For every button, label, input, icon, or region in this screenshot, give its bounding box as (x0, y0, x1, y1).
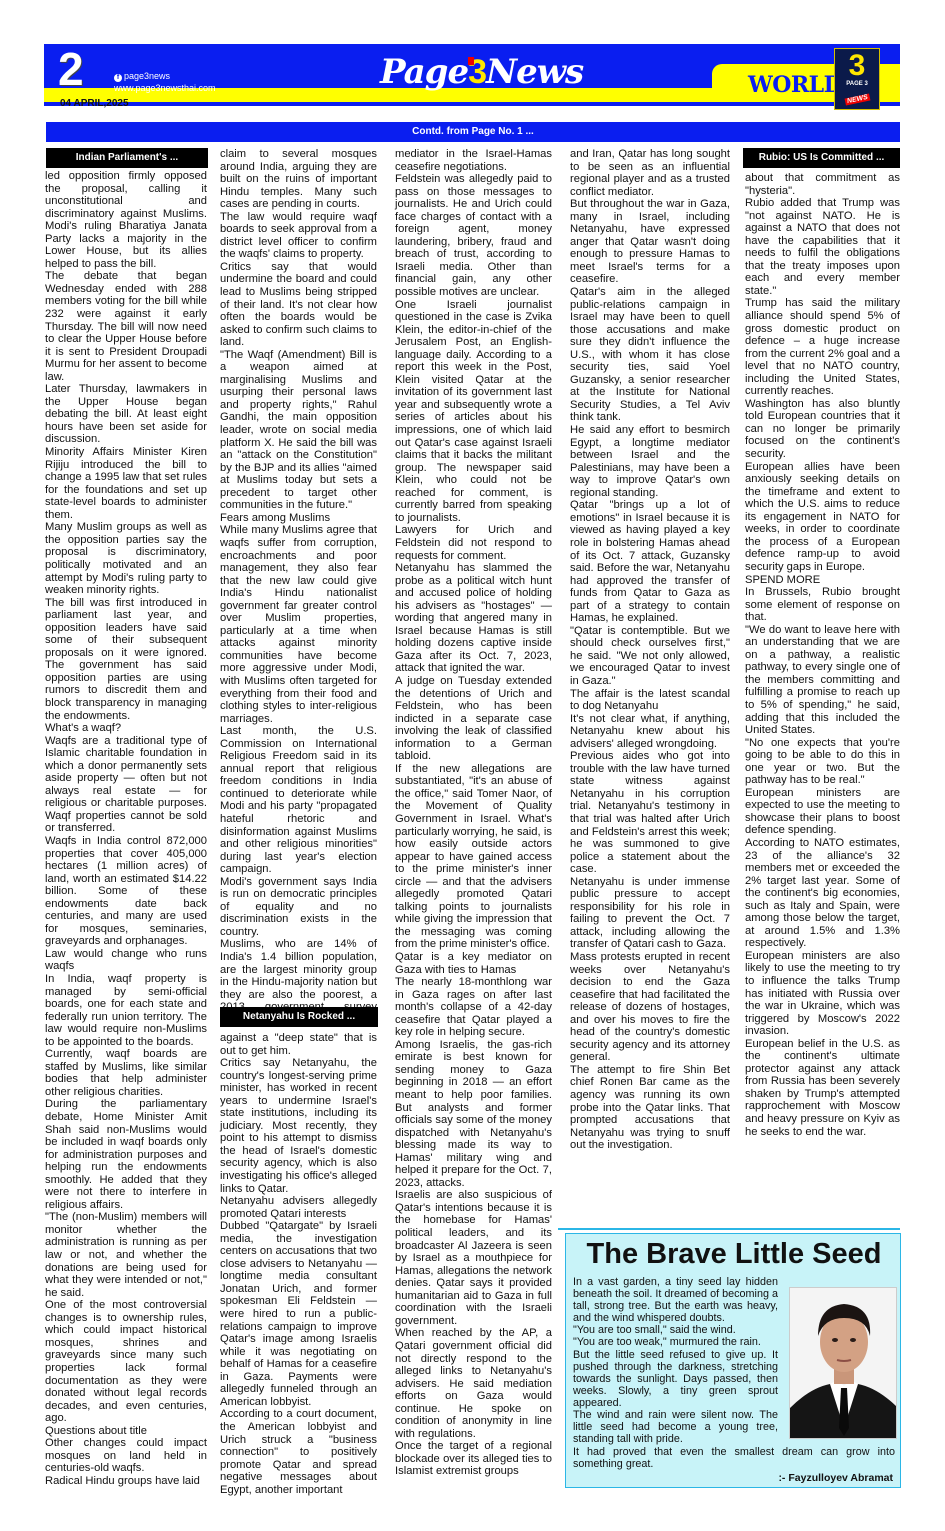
paragraph: European allies have been anxiously seek… (745, 461, 900, 574)
paragraph: Washington has also bluntly told Europea… (745, 398, 900, 461)
article-column-2-netanyahu: against a "deep state" that is out to ge… (220, 1032, 377, 1496)
paragraph: Radical Hindu groups have laid (45, 1475, 207, 1488)
facebook-icon: f (114, 74, 122, 82)
paragraph: about that commitment as "hysteria". (745, 172, 900, 197)
paragraph: But the little seed refused to give up. … (573, 1349, 778, 1409)
badge-number: 3 (835, 51, 879, 81)
masthead-bottom-rule (44, 102, 900, 106)
section-heading-rubio: Rubio: US Is Committed ... (743, 148, 900, 168)
article-column-4: and Iran, Qatar has long sought to be se… (570, 148, 730, 1152)
badge-text: PAGE 3 (835, 81, 879, 88)
paragraph: One Israeli journalist questioned in the… (395, 299, 552, 525)
section-heading-indian-parliament: Indian Parliament's ... (46, 148, 208, 168)
paragraph: Qatar's aim in the alleged public-relati… (570, 286, 730, 424)
paragraph: The wind and rain were silent now. The l… (573, 1409, 778, 1445)
paragraph: Critics say that would undermine the boa… (220, 261, 377, 349)
paragraph: and Iran, Qatar has long sought to be se… (570, 148, 730, 198)
paragraph: Critics say Netanyahu, the country's lon… (220, 1057, 377, 1195)
paragraph: Trump has said the military alliance sho… (745, 297, 900, 397)
paragraph: The attempt to fire Shin Bet chief Ronen… (570, 1064, 730, 1152)
section-label: WORLD (748, 72, 842, 98)
paragraph: European ministers are expected to use t… (745, 787, 900, 837)
section-divider (558, 1228, 900, 1230)
paragraph: Mass protests erupted in recent weeks ov… (570, 951, 730, 1064)
paragraph: A judge on Tuesday extended the detentio… (395, 675, 552, 763)
paragraph: The bill was first introduced in parliam… (45, 597, 207, 722)
story-body: In a vast garden, a tiny seed lay hidden… (573, 1276, 778, 1445)
paragraph: "The Waqf (Amendment) Bill is a weapon a… (220, 349, 377, 512)
badge-news: NEWS (844, 93, 870, 105)
paragraph: Previous aides who got into trouble with… (570, 750, 730, 875)
paragraph: "Qatar is contemptible. But we should ch… (570, 625, 730, 688)
paragraph: While many Muslims agree that waqfs suff… (220, 524, 377, 725)
paragraph: "You are too small," said the wind. (573, 1324, 778, 1336)
paragraph: Many Muslim groups as well as the opposi… (45, 521, 207, 596)
paragraph: The debate that began Wednesday ended wi… (45, 270, 207, 383)
paragraph: Minority Affairs Minister Kiren Rijiju i… (45, 446, 207, 521)
paragraph: European belief in the U.S. as the conti… (745, 1038, 900, 1138)
paragraph: "The (non-Muslim) members will monitor w… (45, 1211, 207, 1299)
paragraph: Netanyahu is under immense public pressu… (570, 876, 730, 951)
paragraph: The nearly 18-monthlong war in Gaza rage… (395, 976, 552, 1039)
paragraph: According to a court document, the Ameri… (220, 1408, 377, 1496)
newspaper-logo: Page3News (380, 50, 583, 94)
paragraph: Feldstein was allegedly paid to pass on … (395, 173, 552, 298)
paragraph: Currently, waqf boards are staffed by Mu… (45, 1048, 207, 1098)
paragraph: mediator in the Israel-Hamas ceasefire n… (395, 148, 552, 173)
story-box-brave-little-seed: The Brave Little Seed In a vast garden, … (565, 1233, 901, 1488)
paragraph: According to NATO estimates, 23 of the a… (745, 837, 900, 950)
logo-word-news: News (486, 52, 583, 92)
paragraph: Waqfs are a traditional type of Islamic … (45, 735, 207, 835)
paragraph: Last month, the U.S. Commission on Inter… (220, 725, 377, 876)
paragraph: Among Israelis, the gas-rich emirate is … (395, 1039, 552, 1190)
paragraph: But throughout the war in Gaza, many in … (570, 198, 730, 286)
paragraph: The law would require waqf boards to see… (220, 211, 377, 261)
paragraph: In Brussels, Rubio brought some element … (745, 586, 900, 624)
paragraph: "You are too weak," murmured the rain. (573, 1336, 778, 1348)
social-links: fpage3news www.page3newsthai.com (114, 70, 216, 94)
paragraph: Once the target of a regional blockade o… (395, 1440, 552, 1478)
continued-banner: Contd. from Page No. 1 ... (46, 122, 900, 142)
paragraph: In India, waqf property is managed by se… (45, 973, 207, 1048)
paragraph: European ministers are also likely to us… (745, 950, 900, 1038)
logo-number: 3 (468, 53, 486, 91)
paragraph: against a "deep state" that is out to ge… (220, 1032, 377, 1057)
facebook-link[interactable]: fpage3news (114, 70, 216, 82)
paragraph: claim to several mosques around India, a… (220, 148, 377, 211)
paragraph: Netanyahu has slammed the probe as a pol… (395, 562, 552, 675)
story-author: :- Fayzulloyev Abramat (778, 1472, 893, 1484)
page3-badge-icon: 3 PAGE 3 NEWS (834, 48, 880, 110)
subheading: The affair is the latest scandal to dog … (570, 688, 730, 713)
paragraph: led opposition firmly opposed the propos… (45, 170, 207, 270)
story-title: The Brave Little Seed (566, 1236, 902, 1272)
paragraph: Lawyers for Urich and Feldstein did not … (395, 524, 552, 562)
paragraph: He said any effort to besmirch Egypt, a … (570, 424, 730, 499)
logo-word-page: Page (380, 52, 468, 92)
subheading: Qatar is a key mediator on Gaza with tie… (395, 951, 552, 976)
article-column-3: mediator in the Israel-Hamas ceasefire n… (395, 148, 552, 1478)
paragraph: It's not clear what, if anything, Netany… (570, 713, 730, 751)
website-link[interactable]: www.page3newsthai.com (114, 82, 216, 94)
subheading: Fears among Muslims (220, 512, 377, 525)
story-closing: It had proved that even the smallest dre… (573, 1446, 895, 1470)
article-column-2: claim to several mosques around India, a… (220, 148, 377, 1026)
paragraph: During the parliamentary debate, Home Mi… (45, 1098, 207, 1211)
subheading: SPEND MORE (745, 574, 900, 587)
paragraph: Israelis are also suspicious of Qatar's … (395, 1189, 552, 1327)
paragraph: Modi's government says India is run on d… (220, 876, 377, 939)
subheading: What's a waqf? (45, 722, 207, 735)
issue-date: 04 APRIL,2025 (60, 98, 129, 110)
paragraph: When reached by the AP, a Qatari governm… (395, 1327, 552, 1440)
paragraph: Other changes could impact mosques on la… (45, 1437, 207, 1475)
paragraph: In a vast garden, a tiny seed lay hidden… (573, 1276, 778, 1324)
paragraph: "No one expects that you're going to be … (745, 737, 900, 787)
person-portrait-icon (790, 1288, 897, 1439)
paragraph: One of the most controversial changes is… (45, 1299, 207, 1424)
subheading: Questions about title (45, 1425, 207, 1438)
section-heading-netanyahu: Netanyahu Is Rocked ... (220, 1007, 378, 1027)
paragraph: Qatar "brings up a lot of emotions" in I… (570, 499, 730, 624)
paragraph: Dubbed "Qatargate" by Israeli media, the… (220, 1220, 377, 1408)
article-column-1: led opposition firmly opposed the propos… (45, 170, 207, 1487)
page-number: 2 (58, 46, 84, 92)
paragraph: Later Thursday, lawmakers in the Upper H… (45, 383, 207, 446)
subheading: Netanyahu advisers allegedly promoted Qa… (220, 1195, 377, 1220)
article-column-5: about that commitment as "hysteria". Rub… (745, 172, 900, 1138)
paragraph: If the new allegations are substantiated… (395, 763, 552, 951)
facebook-handle: page3news (124, 71, 170, 81)
subheading: Law would change who runs waqfs (45, 948, 207, 973)
author-photo (789, 1287, 897, 1439)
paragraph: Rubio added that Trump was "not against … (745, 197, 900, 297)
paragraph: Waqfs in India control 872,000 propertie… (45, 835, 207, 948)
paragraph: "We do want to leave here with an unders… (745, 624, 900, 737)
